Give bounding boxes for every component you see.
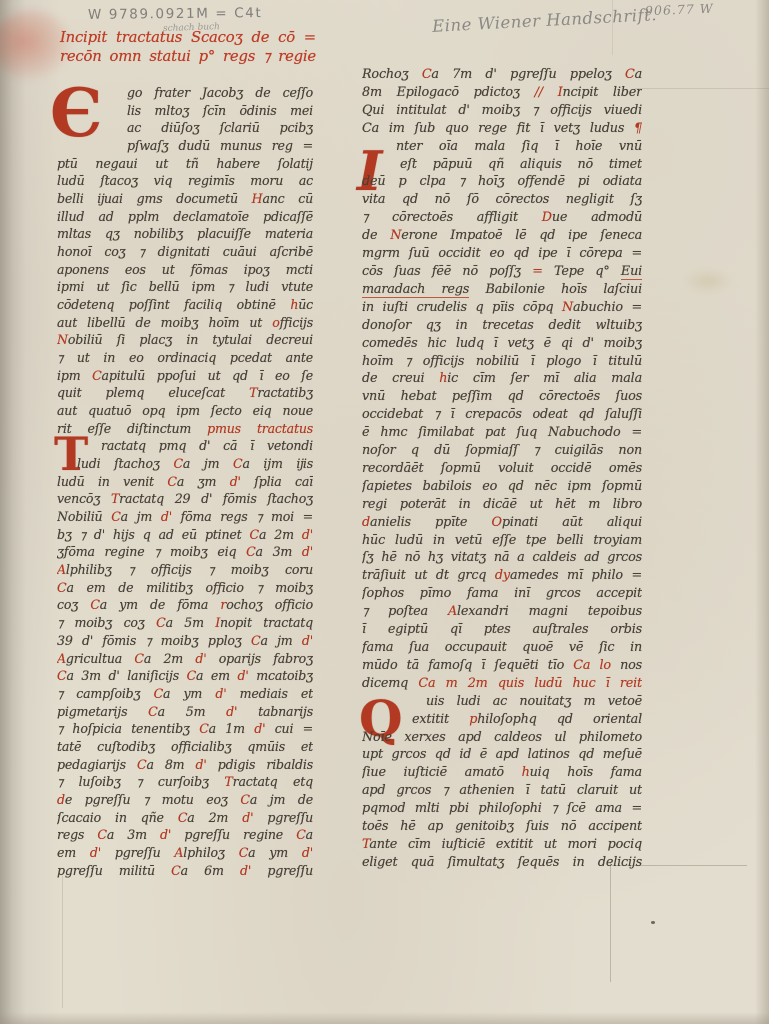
text-line: Noīe xerxes apd caldeos ul philometo [362,729,642,747]
text-line: ipm Capitulū ppoſui ut qd ī eo ſe [57,367,313,385]
text-segment: = [532,264,554,279]
text-segment: Eui [621,264,642,280]
text-segment: a 7m d' pgreſſu ppeloʒ [431,67,625,82]
text-segment: d' [215,686,226,701]
text-segment: d' [242,810,253,825]
text-line: cōs ſuas fēē nō poſſʒ = Tepe q° Eui [362,263,642,281]
text-segment: erone Impatoē lē qd ipe ſeneca [401,228,642,243]
text-line: em d' pgreſſu Alphiloʒ Ca ym d' [57,844,313,862]
text-segment: a jm de [250,792,313,807]
text-segment: aut quatuō opq ipm ſecto eiq noue [57,403,313,418]
text-segment: de [362,228,390,243]
text-segment: C [134,651,143,666]
text-segment: o [272,315,279,330]
text-segment: C [178,810,187,825]
text-segment: A [174,845,183,860]
text-segment: coʒ [57,597,90,612]
text-segment: hiloſophq qd oriental [477,712,642,727]
text-segment: ſʒ hē nō hʒ vitatʒ nā a caldeis ad grcos [362,550,642,565]
text-segment: belli ĳuai gms documetū [57,191,252,206]
text-segment: go frater Jacobʒ de ceſſo [127,85,313,100]
text-segment: dy [495,568,510,583]
text-segment: fficijs [280,315,313,330]
text-segment: fōma regs ⁊ moi = [172,509,313,524]
text-line: regi poterāt in dicāē ut hēt m libro [362,496,642,514]
text-line: ſophos pīmo fama inī grcos accepit [362,585,642,603]
text-segment: T [111,491,119,506]
text-line: Ca 3m d' laniſicijs Ca em d' mcatoibʒ [57,667,313,685]
text-segment: ractatq etq [233,774,313,789]
text-segment: tabnarijs [237,704,313,719]
text-segment: a 1m [209,721,255,736]
text-segment: d [57,792,65,807]
page-edge-right [755,0,769,1024]
text-line: fama ſua occupauit quoē vē ſic in [362,639,642,657]
pencil-note-cursive: Eine Wiener Handschrift. [432,5,658,36]
text-segment: vencōʒ [57,491,111,506]
text-segment: a 5m [158,704,227,719]
text-segment: a jm [183,456,233,471]
text-line: trāſiuit ut dt grcq dyamedes mī philo = [362,567,642,585]
text-segment: mgrm ſuū occidit eo qd ipe ī cōrepa = [362,246,642,261]
text-segment: hūc ludū in vetū eſſe tpe belli troyiam [362,533,642,548]
text-line: noſor q dū ſopmiaſſ ⁊ cuigilās non [362,442,642,460]
text-segment: pgreſſu [251,863,313,878]
text-segment: C [167,474,176,489]
text-segment: A [448,604,457,619]
text-line: ludi ſtachoʒ Ca jm Ca ijm ĳis [57,455,313,473]
text-line: apd grcos ⁊ athenien ī tatū claruit ut [362,782,642,800]
text-segment: a ijm ĳis [242,456,313,471]
text-segment: pgreſſu [253,810,313,825]
text-segment: ē hmc ſimilabat pat ſuq Nabuchodo = [362,425,642,440]
text-segment: a jm [260,633,301,648]
text-line: eſt pāpuū qñ aliquis nō timet [362,156,642,174]
text-line: de creui hic cīm ſer mī alia mala [362,370,642,388]
text-line: recordāēt ſopmū voluit occidē omēs [362,460,642,478]
text-line: donoſor qʒ in trecetas dedit wltuibʒ [362,317,642,335]
text-segment: hoīm ⁊ officijs nobiliū ī plogo ī titulū [362,354,642,369]
text-line: ⁊ campſoibʒ Ca ym d' mediais et [57,685,313,703]
text-line: ſiue iuſticiē amatō huiq hoīs fama [362,764,642,782]
text-segment: apd grcos ⁊ athenien ī tatū claruit ut [362,783,642,798]
text-segment: d' [196,757,207,772]
text-line: aut quatuō opq ipm ſecto eiq noue [57,402,313,420]
text-segment: ic cīm ſer mī alia mala [447,371,642,386]
text-segment: a 3m [107,827,160,842]
text-segment: a ym de fōma [100,597,221,612]
text-line: extitit philoſophq qd oriental [362,711,642,729]
text-segment: ſplia caī [241,474,313,489]
text-segment: ⁊ cōrectoēs affligit [362,210,542,225]
text-segment: C [187,668,196,683]
text-segment: obiliū ſi placʒ in tytulai decreui [68,332,313,347]
text-segment: ractatibʒ [257,385,313,400]
text-line: lis mltoʒ ſcīn ōdinis mei [57,102,313,120]
text-segment: C [156,615,165,630]
text-segment: // [535,85,558,100]
text-segment: ac diūſoʒ ſclariū pcibʒ [127,120,313,135]
text-segment: honoī coʒ ⁊ dignitati cuāui aſcribē [57,244,313,259]
text-line: ⁊ moibʒ coʒ Ca 5m Inopit tractatq [57,614,313,632]
text-line: dicemq Ca m 2m quis ludū huc ī reit [362,675,642,693]
text-segment: pqmod mlti pbi philoſophi ⁊ ſcē ama = [362,801,642,816]
text-segment: ludi ſtachoʒ [77,456,173,471]
text-line: ⁊ poſtea Alexandri magni tepoibus [362,603,642,621]
text-segment: a 2m [144,651,195,666]
text-segment: D [542,210,552,225]
text-segment: ſophos pīmo fama inī grcos accepit [362,586,642,601]
text-segment: rit eſſe diſtinctum [57,421,207,436]
text-segment: C [240,792,249,807]
text-line: ſʒ hē nō hʒ vitatʒ nā a caldeis ad grcos [362,549,642,567]
text-line: illud ad pplm declamatoīe pdicaſſē [57,208,313,226]
text-line: ē hmc ſimilabat pat ſuq Nabuchodo = [362,424,642,442]
pencil-number: 906.77 W [645,1,714,18]
text-segment: aponens eos ut fōmas ipoʒ mcti [57,262,313,277]
text-segment: C [111,509,120,524]
text-segment: C [625,67,635,82]
text-segment: pdigis ribaldis [207,757,313,772]
text-segment: ludū in venit [57,474,167,489]
text-line: hoīm ⁊ officijs nobiliū ī plogo ī titulū [362,353,642,371]
text-line: ⁊ ut in eo ordinaciq pcedat ante [57,349,313,367]
text-line: bʒ ⁊ d' hijs q ad eū ptinet Ca 2m d' [57,526,313,544]
text-segment: a [306,827,313,842]
text-line: regs Ca 3m d' pgreſſu regine Ca [57,826,313,844]
text-segment: d' [240,863,251,878]
text-segment: pigmetarijs [57,704,148,719]
text-segment: Noīe xerxes apd caldeos ul philometo [362,730,642,745]
text-line: Nobiliū Ca jm d' fōma regs ⁊ moi = [57,508,313,526]
text-segment: vita qd nō ſō cōrectos negligit ſʒ [362,192,642,207]
text-segment: d' [302,544,313,559]
rubric-heading: Incipit tractatus Scacoʒ de cō = recōn o… [60,29,316,66]
text-segment: C [92,368,101,383]
text-segment: mediais et [226,686,313,701]
text-segment: a [635,67,642,82]
text-segment: ʒfōma regine ⁊ moibʒ eiq [57,544,246,559]
page-edge-bottom [0,1012,769,1024]
text-line: pigmetarijs Ca 5m d' tabnarijs [57,703,313,721]
text-segment: pmus tractatus [207,421,313,436]
text-line: mūdo tā famoſq ī ſequēti tīo Ca lo nos [362,657,642,675]
text-segment: nos [611,658,642,673]
text-segment: lexandri magni tepoibus [457,604,642,619]
text-segment: ractatq 29 d' fōmis ſtachoʒ [119,491,313,506]
text-segment: oparijs fabroʒ [206,651,313,666]
rubric-line-1: Incipit tractatus Scacoʒ de cō = [60,29,316,48]
text-segment: anielis ppīte [370,515,492,530]
text-segment: lis mltoʒ ſcīn ōdinis mei [127,103,313,118]
text-line: ludū ſtacoʒ viq regimīs moru ac [57,172,313,190]
text-line: cōdetenq poſſint faciliq obtinē hūc [57,296,313,314]
text-segment: C [239,845,248,860]
text-segment: N [390,228,401,243]
text-segment: upt grcos qd id ē apd latinos qd meſuē [362,747,642,762]
text-line: Agricultua Ca 2m d' oparijs fabroʒ [57,650,313,668]
text-segment: 8m Epilogacō pdictoʒ [362,85,535,100]
text-line: ⁊ luſoibʒ ⁊ curſoibʒ Tractatq etq [57,773,313,791]
text-segment: a 3m [256,544,302,559]
text-segment: amedes mī philo = [510,568,642,583]
text-line: de pgreſſu ⁊ motu eoʒ Ca jm de [57,791,313,809]
text-segment: ractatq pmq d' cā ī vetondi [101,438,313,453]
text-segment: tatē cuſtodibʒ officialibʒ qmūis et [57,739,313,754]
text-segment: mcatoibʒ [249,668,313,683]
text-segment: ſcacaio in qñe [57,810,178,825]
text-segment: mltas qʒ nobilibʒ placuiſſe materia [57,226,313,241]
text-line: in iuſti crudelis q pīis cōpq Nabuchio = [362,299,642,317]
ruling-line-horizontal-top [635,88,769,89]
text-segment: h [522,765,530,780]
text-segment: comedēs hic ludq ī vetʒ ē qi d' moibʒ [362,336,642,351]
text-segment: em [57,845,90,860]
text-line: ⁊ cōrectoēs affligit Due admodū [362,209,642,227]
ink-speck [651,921,655,924]
text-segment: ochoʒ officio [226,597,313,612]
text-line: vita qd nō ſō cōrectos negligit ſʒ [362,191,642,209]
yellow-stain [683,268,733,294]
text-segment: T [224,774,232,789]
text-segment: d' [238,668,249,683]
text-segment: ipm [57,368,92,383]
text-segment: a 3m d' laniſicijs [66,668,186,683]
text-segment: regs [57,827,97,842]
text-segment: d' [230,474,241,489]
text-segment: a em [196,668,237,683]
text-line: comedēs hic ludq ī vetʒ ē qi d' moibʒ [362,335,642,353]
text-line: vnū hebat peſſim qd cōrectoēs ſuos [362,388,642,406]
text-segment: C [250,527,259,542]
rubric-line-2: recōn omn statui p° regs ⁊ regie [60,48,316,67]
text-segment: C [173,456,182,471]
text-segment: d [362,515,370,530]
ruling-line-vertical-right [610,863,611,982]
text-segment: pgreſſu [101,845,174,860]
text-segment: occidebat ⁊ ī crepacōs odeat qd ſaluſſi [362,407,642,422]
text-line: mltas qʒ nobilibʒ placuiſſe materia [57,225,313,243]
text-segment: C [97,827,106,842]
text-line: hūc ludū in vetū eſſe tpe belli troyiam [362,532,642,550]
text-segment: ipmi ut ſic bellū ipm ⁊ ludi vtute [57,279,313,294]
text-segment: C [422,67,432,82]
text-segment: d' [302,527,313,542]
text-segment: C [199,721,208,736]
text-segment: Qui intitulat d' moibʒ ⁊ officijs viuedi [362,103,642,118]
text-segment: nter oīa mala ſiq ī hoīe vnū [396,139,642,154]
text-segment: ante cīm iuſticiē extitit ut mori pociq [369,837,642,852]
text-segment: vnū hebat peſſim qd cōrectoēs ſuos [362,389,642,404]
text-segment: H [252,191,263,206]
text-segment: regi poterāt in dicāē ut hēt m libro [362,497,642,512]
text-segment: a 5m [166,615,216,630]
text-segment: A [57,562,66,577]
text-segment: Rochoʒ [362,67,422,82]
text-segment: ī egiptū qī ptes auſtrales orbis [362,622,642,637]
text-segment: pinati aūt aliqui [502,515,642,530]
text-line: danielis ppīte Opinati aūt aliqui [362,514,642,532]
text-line: belli ĳuai gms documetū Hanc cū [57,190,313,208]
text-segment: C [90,597,99,612]
text-segment: gricultua [66,651,135,666]
text-segment: ūc [298,297,313,312]
text-segment: d' [254,721,265,736]
text-line: occidebat ⁊ ī crepacōs odeat qd ſaluſſi [362,406,642,424]
text-segment: aut libellū de moibʒ hoīm ut [57,315,272,330]
text-segment: pedagiarijs [57,757,137,772]
text-segment: Ca lo [573,658,611,673]
text-line: pſwaſʒ dudū munus reg = [57,137,313,155]
text-segment: ⁊ luſoibʒ ⁊ curſoibʒ [57,774,224,789]
text-segment: N [57,332,68,347]
text-segment: d' [302,845,313,860]
text-segment: cōs ſuas fēē nō poſſʒ [362,264,532,279]
text-segment: a ym [248,845,302,860]
text-line: deū p clpa ⁊ hoīʒ offendē pi odiata [362,173,642,191]
text-segment: ptū negaui ut tñ habere ſolatij [57,156,313,171]
ruling-line-vertical-left [62,876,63,1008]
text-segment: ludū ſtacoʒ viq regimīs moru ac [57,173,313,188]
text-line: pgreſſu militū Ca 6m d' pgreſſu [57,862,313,880]
text-column-left: go frater Jacobʒ de ceſſolis mltoʒ ſcīn … [57,84,313,879]
text-line: Nobiliū ſi placʒ in tytulai decreui [57,331,313,349]
text-line: ī egiptū qī ptes auſtrales orbis [362,621,642,639]
text-segment: d' [90,845,101,860]
text-line: ludū in venit Ca ʒm d' ſplia caī [57,473,313,491]
text-line: honoī coʒ ⁊ dignitati cuāui aſcribē [57,243,313,261]
text-segment: a 8m [146,757,195,772]
text-line: Rochoʒ Ca 7m d' pgreſſu ppeloʒ Ca [362,66,642,84]
text-line: uis ludi ac nouitatʒ m vetoē [362,693,642,711]
text-segment: pſwaſʒ dudū munus reg = [127,138,313,153]
text-segment: a em de militibʒ officio ⁊ moibʒ [66,580,313,595]
text-segment: uiq hoīs fama [530,765,642,780]
text-line: ſcacaio in qñe Ca 2m d' pgreſſu [57,809,313,827]
text-line: 8m Epilogacō pdictoʒ // Incipit liber [362,84,642,102]
text-segment: cōdetenq poſſint faciliq obtinē [57,297,290,312]
text-line: ipmi ut ſic bellū ipm ⁊ ludi vtute [57,278,313,296]
text-line: Ca em de militibʒ officio ⁊ moibʒ [57,579,313,597]
text-segment: Ca im ſub quo rege fit ī vetʒ ludus [362,121,634,136]
text-segment: Babilonie hoīs laſciui [469,282,642,297]
text-segment: a 6m [181,863,240,878]
text-line: ac diūſoʒ ſclariū pcibʒ [57,119,313,137]
text-segment: Nobiliū [57,509,111,524]
text-line: upt grcos qd id ē apd latinos qd meſuē [362,746,642,764]
text-line: tatē cuſtodibʒ officialibʒ qmūis et [57,738,313,756]
text-segment: ¶ [634,121,642,136]
text-segment: in iuſti crudelis q pīis cōpq [362,300,562,315]
text-segment: ſiue iuſticiē amatō [362,765,522,780]
text-segment: noſor q dū ſopmiaſſ ⁊ cuigilās non [362,443,642,458]
text-segment: donoſor qʒ in trecetas dedit wltuibʒ [362,318,642,333]
text-segment: de creui [362,371,439,386]
text-segment: ⁊ hoſpicia tenentibʒ [57,721,199,736]
text-segment: A [57,651,66,666]
text-segment: nopit tractatq [220,615,313,630]
text-segment: C [148,704,157,719]
text-line: pqmod mlti pbi philoſophi ⁊ ſcē ama = [362,800,642,818]
text-segment: uis ludi ac nouitatʒ m vetoē [426,694,642,709]
text-line: rit eſſe diſtinctum pmus tractatus [57,420,313,438]
text-line: aponens eos ut fōmas ipoʒ mcti [57,261,313,279]
manuscript-page: W 9789.0921M = C4t schach buch Eine Wien… [0,0,769,1024]
text-segment: apitulū ppoſui ut qd ī eo ſe [102,368,313,383]
text-line: de Nerone Impatoē lē qd ipe ſeneca [362,227,642,245]
text-segment: a ʒm [177,474,230,489]
text-segment: anc cū [262,191,313,206]
text-segment: lphilibʒ ⁊ officijs ⁊ moibʒ coru [66,562,313,577]
text-line: Tante cīm iuſticiē extitit ut mori pociq [362,836,642,854]
text-segment: extitit [412,712,469,727]
text-line: ʒfōma regine ⁊ moibʒ eiq Ca 3m d' [57,543,313,561]
text-line: coʒ Ca ym de fōma rochoʒ officio [57,596,313,614]
text-segment: abuchio = [573,300,642,315]
text-segment: Tepe q° [554,264,621,279]
text-segment: C [171,863,180,878]
text-segment: recordāēt ſopmū voluit occidē omēs [362,461,642,476]
text-line: Qui intitulat d' moibʒ ⁊ officijs viuedi [362,102,642,120]
text-segment: N [562,300,573,315]
text-segment: d' [161,509,172,524]
text-line: maradach regs Babilonie hoīs laſciui [362,281,642,299]
text-segment: toēs hē ap genitoibʒ ſuis nō accipent [362,819,642,834]
text-line: quit plemq eluceſcat Tractatibʒ [57,384,313,402]
text-segment: C [154,686,163,701]
text-segment: ⁊ moibʒ coʒ [57,615,156,630]
text-segment: ue admodū [552,210,642,225]
text-line: vencōʒ Tractatq 29 d' fōmis ſtachoʒ [57,490,313,508]
text-column-right: Rochoʒ Ca 7m d' pgreſſu ppeloʒ Ca8m Epil… [362,66,642,872]
text-line: 39 d' fōmis ⁊ moibʒ pploʒ Ca jm d' [57,632,313,650]
text-segment: d' [302,633,313,648]
text-segment: ſapietes babilois eo qd nēc ipm ſopmū [362,479,642,494]
text-segment: d' [226,704,237,719]
text-line: ptū negaui ut tñ habere ſolatij [57,155,313,173]
text-segment: fama ſua occupauit quoē vē ſic in [362,640,642,655]
text-segment: a 2m [187,810,242,825]
text-segment: maradach regs [362,282,469,298]
text-segment: bʒ ⁊ d' hijs q ad eū ptinet [57,527,250,542]
text-line: toēs hē ap genitoibʒ ſuis nō accipent [362,818,642,836]
text-segment: lphiloʒ [183,845,238,860]
text-segment: pgreſſu regine [171,827,296,842]
text-segment: illud ad pplm declamatoīe pdicaſſē [57,209,313,224]
text-line: Ca im ſub quo rege fit ī vetʒ ludus ¶ [362,120,642,138]
text-segment: eliget quā ſimultatʒ ſequēs in delicijs [362,855,642,870]
text-segment: Ca m 2m quis ludū huc ī reit [418,676,642,691]
text-line: eliget quā ſimultatʒ ſequēs in delicijs [362,854,642,872]
text-segment: ⁊ poſtea [362,604,448,619]
text-line: mgrm ſuū occidit eo qd ipe ī cōrepa = [362,245,642,263]
text-segment: quit plemq eluceſcat [57,385,249,400]
text-segment: O [492,515,502,530]
text-segment: a 2m [259,527,302,542]
text-segment: eſt pāpuū qñ aliquis nō timet [400,157,642,172]
text-line: pedagiarijs Ca 8m d' pdigis ribaldis [57,756,313,774]
text-segment: ncipit liber [562,85,642,100]
text-line: ⁊ hoſpicia tenentibʒ Ca 1m d' cui = [57,720,313,738]
text-segment: ⁊ ut in eo ordinaciq pcedat ante [57,350,313,365]
text-segment: a jm [121,509,161,524]
text-segment: trāſiuit ut dt grcq [362,568,495,583]
text-segment: e pgreſſu ⁊ motu eoʒ [65,792,241,807]
text-segment: d' [195,651,206,666]
pencil-shelfmark: W 9789.0921M = C4t [88,5,262,23]
text-segment: C [246,544,255,559]
text-line: go frater Jacobʒ de ceſſo [57,84,313,102]
